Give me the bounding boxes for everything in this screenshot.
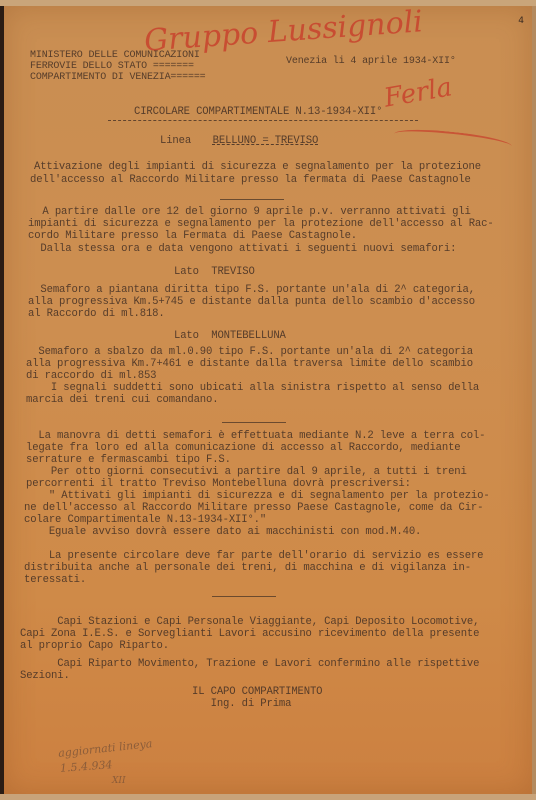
text-line: di raccordo di ml.853 <box>26 370 156 383</box>
letterhead-line: FERROVIE DELLO STATO ======= <box>30 61 194 73</box>
signature-subtitle: Ing. di Prima <box>192 698 291 711</box>
text-line: serrature e fermascambi tipo F.S. <box>26 454 231 467</box>
pencil-note-line: XII <box>112 776 126 786</box>
line-title-prefix: Linea <box>160 135 191 147</box>
page-number: 4 <box>518 16 524 26</box>
handwritten-red-initials: Ferla <box>382 72 454 113</box>
text-line: distribuita anche al personale dei treni… <box>24 562 471 575</box>
text-line: marcia dei treni cui comandano. <box>26 394 218 407</box>
text-line: cordo Militare presso la Fermata di Paes… <box>28 230 357 243</box>
text-line: La manovra di detti semafori è effettuat… <box>26 430 485 443</box>
scan-border-bottom <box>0 794 536 800</box>
circular-title: CIRCOLARE COMPARTIMENTALE N.13-1934-XII° <box>134 106 382 119</box>
text-line: alla progressiva Km.5+745 e distante dal… <box>28 296 475 309</box>
subject-line: dell'accesso al Raccordo Militare presso… <box>30 174 471 187</box>
text-line: Per otto giorni consecutivi a partire da… <box>26 466 467 479</box>
text-line: alla progressiva Km.7+461 e distante dal… <box>26 358 473 371</box>
title-rule <box>108 120 418 121</box>
pencil-note-line: aggiornati lineya <box>58 737 153 760</box>
text-line: colare Compartimentale N.13-1934-XII°." <box>24 514 266 527</box>
text-line: teressati. <box>24 574 86 587</box>
text-line: Capi Stazioni e Capi Personale Viaggiant… <box>20 616 479 629</box>
handwritten-red-title: Gruppo Lussignoli <box>143 4 424 58</box>
text-line: La presente circolare deve far parte del… <box>24 550 483 563</box>
subject-line: Attivazione degli impianti di sicurezza … <box>34 161 481 174</box>
text-line: Eguale avviso dovrà essere dato ai macch… <box>24 526 421 539</box>
text-line: I segnali suddetti sono ubicati alla sin… <box>26 382 479 395</box>
text-line: al proprio Capo Riparto. <box>20 640 169 653</box>
text-line: Semaforo a piantana diritta tipo F.S. po… <box>28 284 475 297</box>
letterhead-line: COMPARTIMENTO DI VENEZIA====== <box>30 72 206 84</box>
red-pencil-stroke <box>393 126 512 154</box>
side-treviso-heading: Lato TREVISO <box>174 266 255 279</box>
text-line: percorrenti il tratto Treviso Montebellu… <box>26 478 411 491</box>
text-line: legate fra loro ed alla comunicazione di… <box>26 442 461 455</box>
signature-title: IL CAPO COMPARTIMENTO <box>192 686 322 699</box>
text-line: Sezioni. <box>20 670 70 683</box>
text-line: A partire dalle ore 12 del giorno 9 apri… <box>30 206 471 219</box>
date-line: Venezia li 4 aprile 1934-XII° <box>286 56 456 68</box>
text-line: Capi Zona I.E.S. e Sorveglianti Lavori a… <box>20 628 479 641</box>
separator-rule <box>212 596 276 597</box>
side-montebelluna-heading: Lato MONTEBELLUNA <box>174 330 286 343</box>
text-line: " Attivati gli impianti di sicurezza e d… <box>24 490 490 503</box>
separator-rule <box>220 199 284 200</box>
line-title-name: BELLUNO = TREVISO <box>213 135 319 147</box>
text-line: impianti di sicurezza e segnalamento per… <box>28 218 494 231</box>
text-line: Semaforo a sbalzo da ml.0.90 tipo F.S. p… <box>26 346 473 359</box>
separator-rule <box>222 422 286 423</box>
text-line: Dalla stessa ora e data vengono attivati… <box>28 243 456 256</box>
line-title: Linea BELLUNO = TREVISO <box>160 130 318 148</box>
text-line: Capi Riparto Movimento, Trazione e Lavor… <box>20 658 479 671</box>
text-line: ne dell'accesso al Raccordo Militare pre… <box>24 502 483 515</box>
text-line: al Raccordo di ml.818. <box>28 308 165 321</box>
document-page: 4 MINISTERO DELLE COMUNICAZIONI FERROVIE… <box>4 6 532 794</box>
pencil-note-line: 1.5.4.934 <box>60 758 113 775</box>
